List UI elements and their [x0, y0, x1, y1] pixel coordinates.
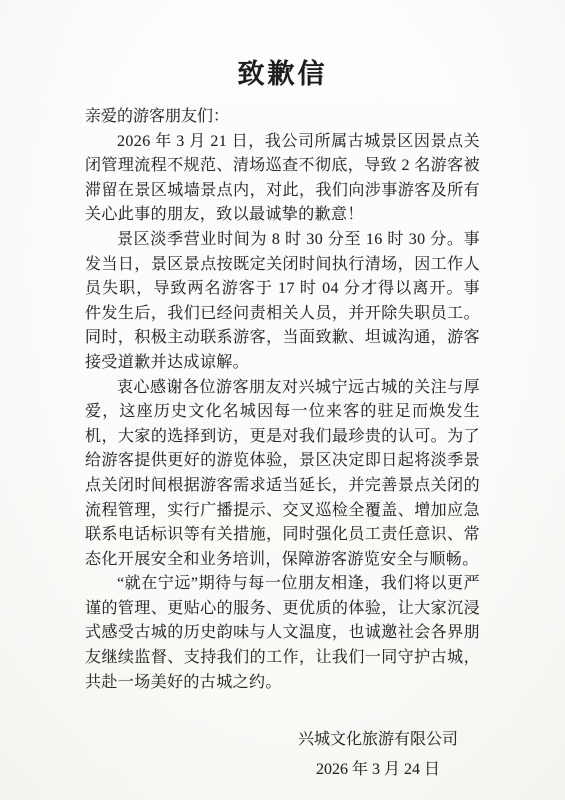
letter-paragraph-3: 衷心感谢各位游客朋友对兴城宁远古城的关注与厚爱，这座历史文化名城因每一位来客的驻…	[85, 376, 480, 573]
letter-paragraph-4: “就在宁远”期待与每一位朋友相逢，我们将以更严谨的管理、更贴心的服务、更优质的体…	[85, 572, 480, 695]
letter-body: 亲爱的游客朋友们： 2026 年 3 月 21 日，我公司所属古城景区因景点关闭…	[85, 105, 480, 785]
letter-paragraph-1: 2026 年 3 月 21 日，我公司所属古城景区因景点关闭管理流程不规范、清场…	[85, 130, 480, 228]
salutation: 亲爱的游客朋友们：	[85, 105, 480, 130]
letter-paragraph-2: 景区淡季营业时间为 8 时 30 分至 16 时 30 分。事发当日，景区景点按…	[85, 228, 480, 376]
signature-block: 兴城文化旅游有限公司 2026 年 3 月 24 日	[85, 725, 480, 785]
signature-date: 2026 年 3 月 24 日	[85, 755, 440, 785]
apology-letter-page: 致歉信 亲爱的游客朋友们： 2026 年 3 月 21 日，我公司所属古城景区因…	[0, 0, 565, 800]
letter-title: 致歉信	[85, 52, 480, 91]
signature-company: 兴城文化旅游有限公司	[85, 725, 458, 755]
